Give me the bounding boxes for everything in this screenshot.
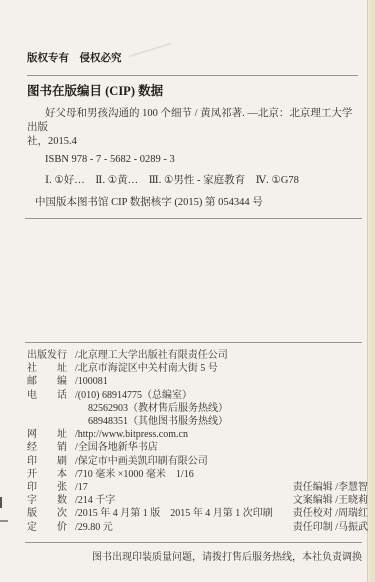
divider-rule [27, 75, 358, 76]
colophon-value: /http://www.bitpress.com.cn [75, 428, 188, 441]
copyright-warning: 版权专有 侵权必究 [27, 52, 362, 65]
colophon-value: /(010) 68914775（总编室） [75, 389, 192, 402]
colophon-label: 印 张 [27, 481, 75, 494]
colophon-credit: 责任校对 /周瑞红 [293, 507, 368, 520]
colophon-label [27, 415, 75, 428]
colophon-label: 邮 编 [27, 375, 75, 388]
colophon-row-phone3: 68948351（其他图书服务热线） [27, 415, 362, 428]
colophon-credit: 文案编辑 /王晓莉 [293, 494, 368, 507]
colophon-value: /17 [75, 481, 88, 494]
quality-replacement-notice: 图书出现印装质量问题，请拨打售后服务热线，本社负责调换 [27, 551, 362, 564]
colophon-row-address: 社 址 /北京市海淀区中关村南大街 5 号 [27, 362, 362, 375]
divider-rule [25, 542, 362, 543]
colophon-value: /214 千字 [75, 494, 115, 507]
cip-record-number: 中国版本图书馆 CIP 数据核字 (2015) 第 054344 号 [27, 196, 362, 210]
colophon-label: 社 址 [27, 362, 75, 375]
colophon-row-phone: 电 话 /(010) 68914775（总编室） [27, 389, 362, 402]
colophon-block: 出版发行 /北京理工大学出版社有限责任公司 社 址 /北京市海淀区中关村南大街 … [27, 349, 362, 534]
colophon-row-wordcount: 字 数 /214 千字 文案编辑 /王晓莉 [27, 494, 362, 507]
page-content: 版权专有 侵权必究 图书在版编目 (CIP) 数据 好父母和男孩沟通的 100 … [0, 0, 375, 564]
colophon-credit: 责任印制 /马振武 [293, 521, 368, 534]
colophon-label [27, 402, 75, 415]
colophon-row-postcode: 邮 编 /100081 [27, 375, 362, 388]
colophon-value: /北京理工大学出版社有限责任公司 [75, 349, 228, 362]
colophon-value: /北京市海淀区中关村南大街 5 号 [75, 362, 218, 375]
colophon-credit: 责任编辑 /李慧智 [293, 481, 368, 494]
colophon-label: 字 数 [27, 494, 75, 507]
colophon-value: /100081 [75, 375, 108, 388]
colophon-label: 开 本 [27, 468, 75, 481]
colophon-row-phone2: 82562903（教材售后服务热线） [27, 402, 362, 415]
colophon-row-format: 开 本 /710 毫米 ×1000 毫米 1/16 [27, 468, 362, 481]
divider-rule [25, 342, 362, 343]
cip-entry-line1: 好父母和男孩沟通的 100 个细节 / 黄凤祁著. —北京：北京理工大学出版 [27, 107, 362, 135]
cip-classification: Ⅰ. ①好… Ⅱ. ①黄… Ⅲ. ①男性 - 家庭教育 Ⅳ. ①G78 [27, 174, 362, 188]
colophon-value: /保定市中画美凯印刷有限公司 [75, 455, 208, 468]
colophon-label: 经 销 [27, 441, 75, 454]
isbn-number: ISBN 978 - 7 - 5682 - 0289 - 3 [27, 153, 362, 167]
colophon-row-edition: 版 次 /2015 年 4 月第 1 版 2015 年 4 月第 1 次印刷 责… [27, 507, 362, 520]
colophon-row-price: 定 价 /29.80 元 责任印制 /马振武 [27, 521, 362, 534]
copyright-page: 版权专有 侵权必究 图书在版编目 (CIP) 数据 好父母和男孩沟通的 100 … [0, 0, 375, 582]
cip-entry-line2: 社，2015.4 [27, 135, 362, 149]
colophon-label: 出版发行 [27, 349, 75, 362]
colophon-label: 印 刷 [27, 455, 75, 468]
colophon-value: /710 毫米 ×1000 毫米 1/16 [75, 468, 194, 481]
colophon-row-distribution: 经 销 /全国各地新华书店 [27, 441, 362, 454]
colophon-label: 版 次 [27, 507, 75, 520]
colophon-value: 68948351（其他图书服务热线） [75, 415, 228, 428]
cip-heading: 图书在版编目 (CIP) 数据 [27, 83, 362, 99]
colophon-value: /全国各地新华书店 [75, 441, 158, 454]
colophon-row-printer: 印 刷 /保定市中画美凯印刷有限公司 [27, 455, 362, 468]
colophon-label: 电 话 [27, 389, 75, 402]
colophon-value: 82562903（教材售后服务热线） [75, 402, 228, 415]
colophon-row-sheets: 印 张 /17 责任编辑 /李慧智 [27, 481, 362, 494]
colophon-value: /29.80 元 [75, 521, 113, 534]
colophon-label: 网 址 [27, 428, 75, 441]
colophon-label: 定 价 [27, 521, 75, 534]
blank-gap [27, 219, 362, 342]
colophon-row-publisher: 出版发行 /北京理工大学出版社有限责任公司 [27, 349, 362, 362]
colophon-value: /2015 年 4 月第 1 版 2015 年 4 月第 1 次印刷 [75, 507, 273, 520]
colophon-row-website: 网 址 /http://www.bitpress.com.cn [27, 428, 362, 441]
